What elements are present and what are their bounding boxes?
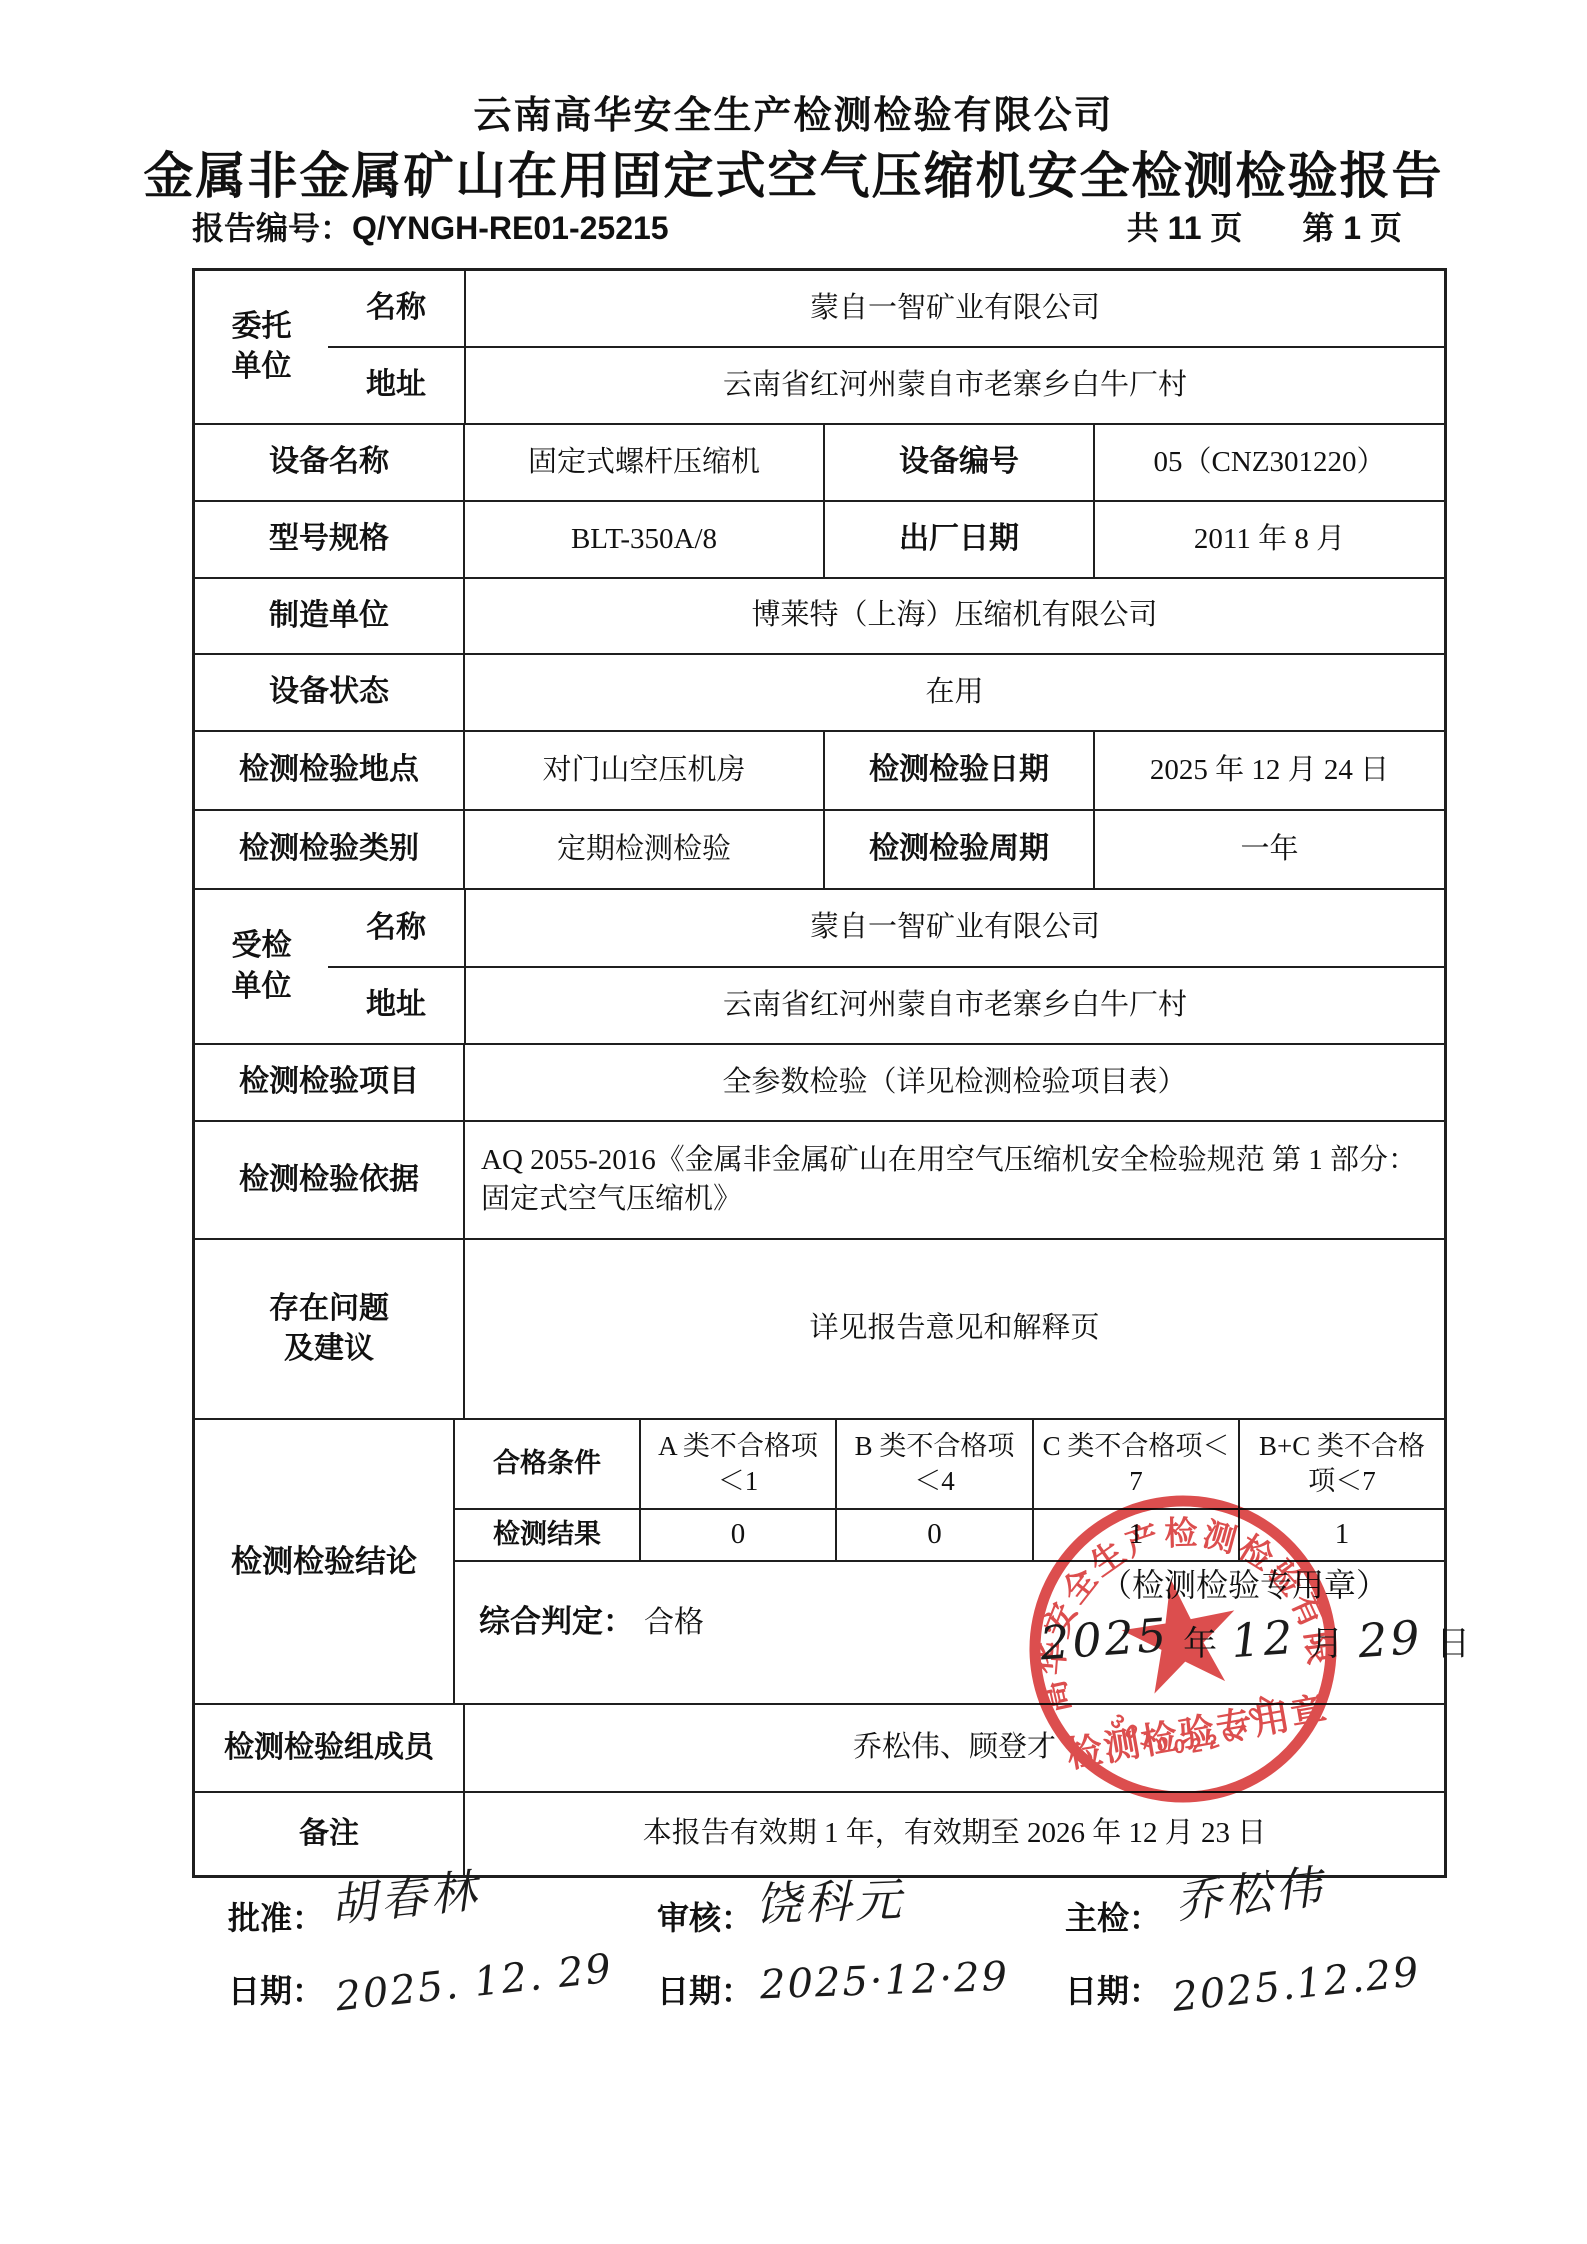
inspected-address-label: 地址 [328, 968, 464, 1044]
status-value: 在用 [463, 655, 1444, 730]
row-manufacturer: 制造单位 博莱特（上海）压缩机有限公司 [195, 577, 1444, 653]
result-a: 0 [639, 1510, 835, 1560]
inspected-subcolumn: 名称 蒙自一智矿业有限公司 地址 云南省红河州蒙自市老寨乡白牛厂村 [328, 890, 1444, 1043]
inspected-address-value: 云南省红河州蒙自市老寨乡白牛厂村 [464, 968, 1444, 1044]
chief-date: 2025.12.29 [1170, 1949, 1422, 2021]
report-page: 云南高华安全生产检测检验有限公司 金属非金属矿山在用固定式空气压缩机安全检测检验… [0, 0, 1587, 2244]
row-status: 设备状态 在用 [195, 653, 1444, 730]
conclusion-date-month-unit: 月 [1310, 1616, 1344, 1665]
review-signature: 饶科元 [754, 1863, 906, 1934]
company-name: 云南高华安全生产检测检验有限公司 [0, 84, 1587, 139]
factory-date-value: 2011 年 8 月 [1093, 502, 1444, 577]
row-client-name: 名称 蒙自一智矿业有限公司 [328, 271, 1444, 346]
row-category: 检测检验类别 定期检测检验 检测检验周期 一年 [195, 809, 1444, 888]
location-label: 检测检验地点 [195, 732, 463, 809]
client-address-value: 云南省红河州蒙自市老寨乡白牛厂村 [464, 348, 1444, 423]
report-number: Q/YNGH-RE01-25215 [352, 210, 669, 246]
row-problems: 存在问题及建议 详见报告意见和解释页 [195, 1238, 1444, 1418]
client-name-label: 名称 [328, 271, 464, 346]
period-value: 一年 [1093, 811, 1444, 888]
conclusion-date-month: 12 [1229, 1610, 1297, 1668]
criteria-col-a: A 类不合格项＜1 [639, 1420, 835, 1508]
status-label: 设备状态 [195, 655, 463, 730]
basis-label: 检测检验依据 [195, 1122, 463, 1238]
report-meta: 报告编号：Q/YNGH-RE01-25215 共 11 页 第 1 页 [192, 203, 1447, 249]
device-number-value: 05（CNZ301220） [1093, 425, 1444, 500]
factory-date-label: 出厂日期 [823, 502, 1093, 577]
inspected-name-label: 名称 [328, 890, 464, 966]
report-number-line: 报告编号：Q/YNGH-RE01-25215 [192, 203, 669, 249]
cell-problems-label: 存在问题及建议 [195, 1240, 463, 1418]
report-number-label: 报告编号： [192, 210, 352, 246]
team-label: 检测检验组成员 [195, 1705, 463, 1791]
review-date: 2025·12·29 [759, 1954, 1009, 2009]
basis-value: AQ 2055-2016《金属非金属矿山在用空气压缩机安全检验规范 第 1 部分… [463, 1122, 1444, 1238]
inspection-date-label: 检测检验日期 [823, 732, 1093, 809]
problems-label: 存在问题及建议 [263, 1289, 395, 1370]
page-info: 共 11 页 第 1 页 [1127, 203, 1447, 249]
inspection-date-value: 2025 年 12 月 24 日 [1093, 732, 1444, 809]
row-basis: 检测检验依据 AQ 2055-2016《金属非金属矿山在用空气压缩机安全检验规范… [195, 1120, 1444, 1238]
row-model: 型号规格 BLT-350A/8 出厂日期 2011 年 8 月 [195, 500, 1444, 577]
page-number: 第 1 页 [1302, 203, 1402, 249]
approve-signature: 胡春林 [327, 1854, 483, 1935]
conclusion-date-year-unit: 年 [1183, 1616, 1217, 1665]
model-value: BLT-350A/8 [463, 502, 823, 577]
row-inspected-name: 名称 蒙自一智矿业有限公司 [328, 890, 1444, 966]
client-subcolumn: 名称 蒙自一智矿业有限公司 地址 云南省红河州蒙自市老寨乡白牛厂村 [328, 271, 1444, 423]
row-items: 检测检验项目 全参数检验（详见检测检验项目表） [195, 1043, 1444, 1120]
pages-total: 共 11 页 [1127, 203, 1243, 249]
cell-client-group-label: 委托单位 [195, 271, 328, 423]
inspected-group-label: 受检单位 [229, 926, 295, 1007]
result-label: 检测结果 [455, 1510, 639, 1560]
device-name-value: 固定式螺杆压缩机 [463, 425, 823, 500]
criteria-col-b: B 类不合格项＜4 [835, 1420, 1032, 1508]
row-client-address: 地址 云南省红河州蒙自市老寨乡白牛厂村 [328, 346, 1444, 423]
row-device: 设备名称 固定式螺杆压缩机 设备编号 05（CNZ301220） [195, 423, 1444, 500]
client-name-value: 蒙自一智矿业有限公司 [464, 271, 1444, 346]
stamp-center-label: 检测检验专用章 [1063, 1689, 1332, 1776]
device-number-label: 设备编号 [823, 425, 1093, 500]
approve-date-label: 日期： [228, 1966, 324, 2012]
manufacturer-label: 制造单位 [195, 579, 463, 653]
manufacturer-value: 博莱特（上海）压缩机有限公司 [463, 579, 1444, 653]
conclusion-date-day-unit: 日 [1436, 1616, 1470, 1665]
approve-label: 批准： [228, 1893, 324, 1939]
approve-date: 2025. 12. 29 [333, 1946, 615, 2021]
verdict-value: 合格 [644, 1597, 704, 1641]
row-inspected-address: 地址 云南省红河州蒙自市老寨乡白牛厂村 [328, 966, 1444, 1044]
row-client-unit: 委托单位 名称 蒙自一智矿业有限公司 地址 云南省红河州蒙自市老寨乡白牛厂村 [195, 271, 1444, 423]
criteria-header: 合格条件 [455, 1420, 639, 1508]
verdict-label: 综合判定： [479, 1596, 634, 1641]
conclusion-date-year: 2025 [1038, 1608, 1171, 1671]
items-value: 全参数检验（详见检测检验项目表） [463, 1045, 1444, 1120]
client-group-label: 委托单位 [229, 307, 295, 388]
items-label: 检测检验项目 [195, 1045, 463, 1120]
client-address-label: 地址 [328, 348, 464, 423]
category-value: 定期检测检验 [463, 811, 823, 888]
conclusion-date-day: 29 [1356, 1610, 1424, 1668]
inspected-name-value: 蒙自一智矿业有限公司 [464, 890, 1444, 966]
model-label: 型号规格 [195, 502, 463, 577]
location-value: 对门山空压机房 [463, 732, 823, 809]
category-label: 检测检验类别 [195, 811, 463, 888]
verdict-line: 综合判定： 合格 [479, 1596, 704, 1641]
row-location: 检测检验地点 对门山空压机房 检测检验日期 2025 年 12 月 24 日 [195, 730, 1444, 809]
review-label: 审核： [657, 1893, 753, 1939]
report-title: 金属非金属矿山在用固定式空气压缩机安全检测检验报告 [0, 136, 1587, 208]
period-label: 检测检验周期 [823, 811, 1093, 888]
problems-value: 详见报告意见和解释页 [463, 1240, 1444, 1418]
cell-inspected-group-label: 受检单位 [195, 890, 328, 1043]
device-name-label: 设备名称 [195, 425, 463, 500]
conclusion-label: 检测检验结论 [195, 1420, 453, 1703]
chief-date-label: 日期： [1065, 1966, 1161, 2012]
row-inspected-unit: 受检单位 名称 蒙自一智矿业有限公司 地址 云南省红河州蒙自市老寨乡白牛厂村 [195, 888, 1444, 1043]
chief-signature: 乔松伟 [1172, 1850, 1328, 1931]
chief-label: 主检： [1065, 1893, 1161, 1939]
review-date-label: 日期： [657, 1966, 753, 2012]
conclusion-date-line: 2025 年 12 月 29 日 [1040, 1612, 1470, 1666]
